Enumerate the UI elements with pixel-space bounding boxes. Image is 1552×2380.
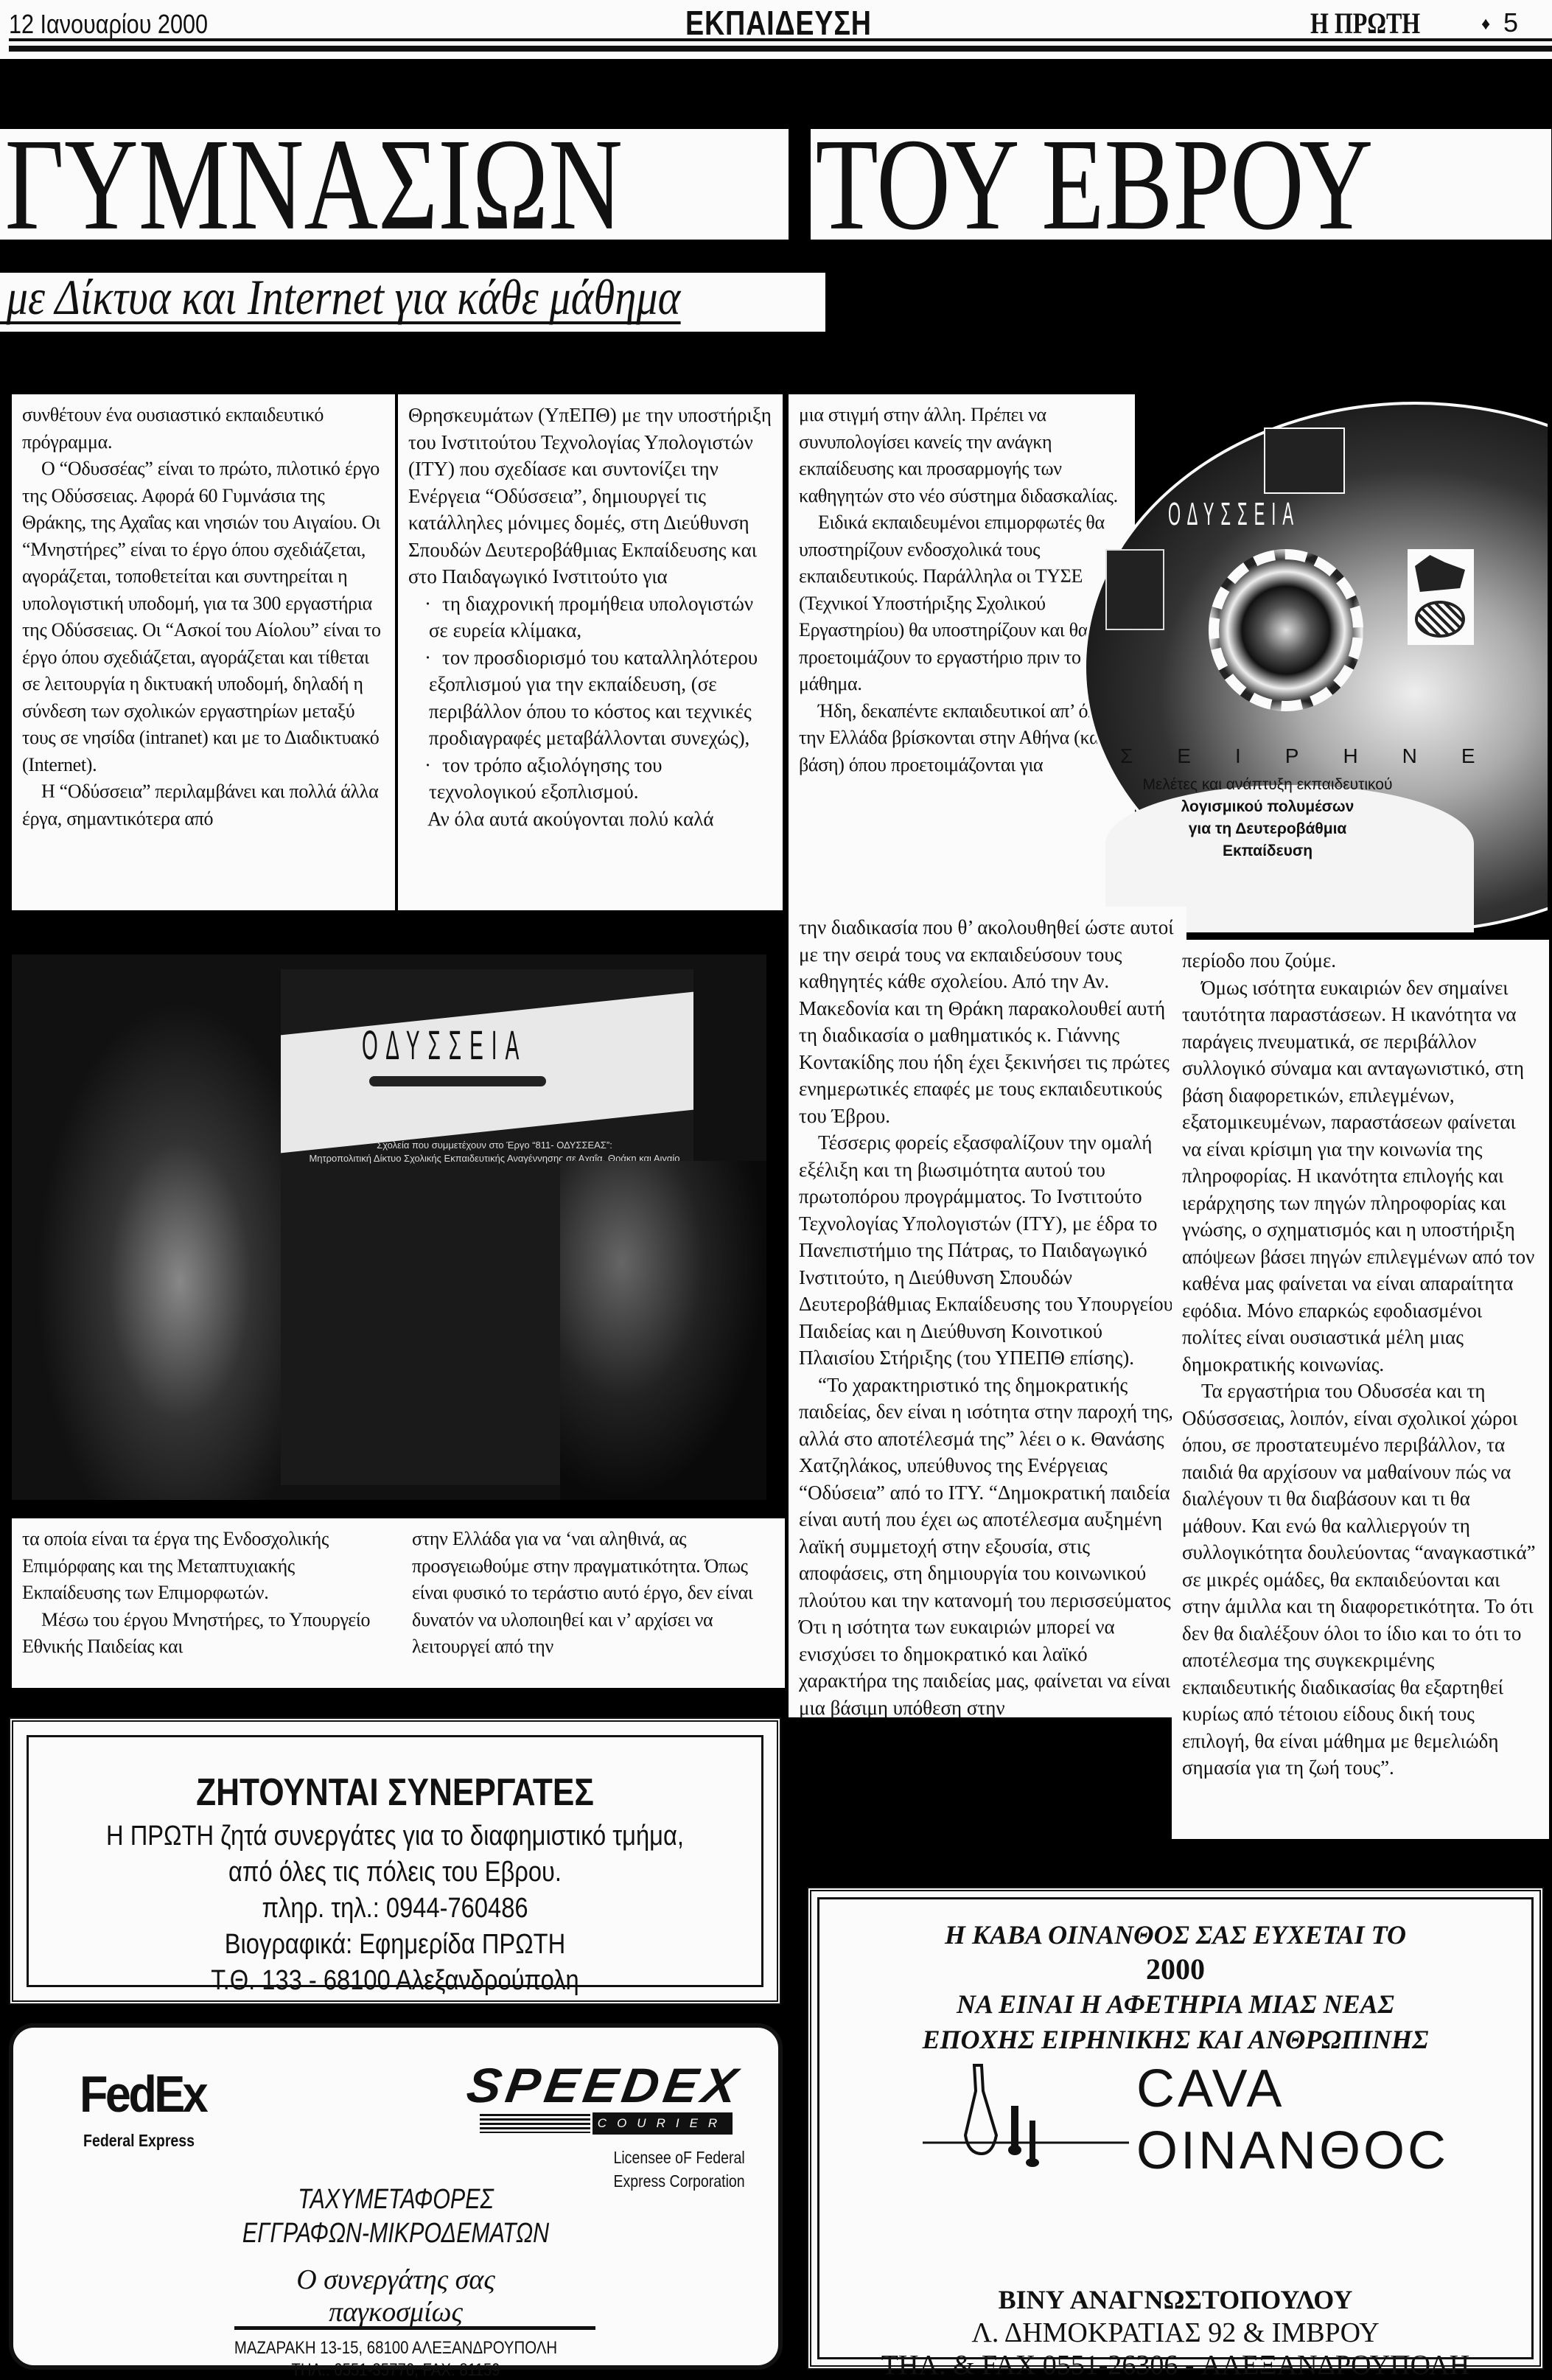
article-column-3-continued: την διαδικασία που θ’ ακολουθηθεί ώστε α…	[789, 907, 1186, 1717]
paragraph: Ο “Οδυσσέας” είναι το πρώτο, πιλοτικό έρ…	[22, 456, 385, 778]
ad-title: ΖΗΤΟΥΝΤΑΙ ΣΥΝΕΡΓΑΤΕΣ	[84, 1767, 707, 1818]
fedex-logo: FedEx	[80, 2065, 206, 2123]
paragraph: περίοδο που ζούμε.	[1182, 947, 1539, 974]
ad-workers-wanted: ΖΗΤΟΥΝΤΑΙ ΣΥΝΕΡΓΑΤΕΣ Η ΠΡΩΤΗ ζητά συνεργ…	[9, 1717, 781, 2005]
article-column-2: Θρησκευμάτων (ΥπΕΠΘ) με την υποστήριξη τ…	[398, 394, 783, 910]
article-column-1-bottom: τα οποία είναι τα έργα της Ενδοσχολικής …	[12, 1518, 402, 1688]
paragraph: Αν όλα αυτά ακούγονται πολύ καλά	[408, 806, 772, 833]
article-column-2-bottom: στην Ελλάδα για να ‘ναι αληθινά, ας προσ…	[402, 1518, 785, 1688]
cd-series: ΣΕΙΡΗΝΕ	[1120, 744, 1520, 768]
emblem-icon	[1415, 601, 1465, 638]
paragraph: τα οποία είναι τα έργα της Ενδοσχολικής …	[22, 1526, 392, 1607]
masthead-rule	[9, 38, 1552, 41]
ad-address: Τ.Θ. 133 - 68100 Αλεξανδρούπολη	[80, 1963, 710, 1999]
cd-title: ΟΔΥΣΣΕΙΑ	[1168, 496, 1300, 533]
bullet-item: τον τρόπο αξιολόγησης του τεχνολογικού ε…	[408, 752, 772, 806]
paragraph: Η “Οδύσσεια” περιλαμβάνει και πολλά άλλα…	[22, 778, 385, 832]
masthead: 12 Ιανουαρίου 2000 ΕΚΠΑΙΔΕΥΣΗ Η ΠΡΩΤΗ ♦ …	[0, 0, 1552, 59]
paragraph: “Το χαρακτηριστικό της δημοκρατικής παιδ…	[799, 1372, 1176, 1722]
article-column-4: περίοδο που ζούμε. Όμως ισότητα ευκαιριώ…	[1172, 940, 1549, 1839]
subheadline: με Δίκτυα και Internet για κάθε μάθημα	[0, 273, 825, 332]
paragraph: συνθέτουν ένα ουσιαστικό εκπαιδευτικό πρ…	[22, 402, 385, 456]
paragraph: στην Ελλάδα για να ‘ναι αληθινά, ας προσ…	[412, 1526, 775, 1661]
newspaper-name: Η ΠΡΩΤΗ	[1310, 6, 1420, 41]
section-title: ΕΚΠΑΙΔΕΥΣΗ	[685, 3, 872, 43]
cd-caption: Μελέτες και ανάπτυξη εκπαιδευτικού λογισ…	[1105, 774, 1430, 862]
article-column-1: συνθέτουν ένα ουσιαστικό εκπαιδευτικό πρ…	[12, 394, 395, 910]
photo-person	[12, 955, 292, 1500]
cava-logo: CAVA ΟΙΝΑΝΘΟC	[1136, 2058, 1449, 2182]
cd-icons	[1408, 549, 1474, 645]
ad-fedex-speedex: FedEx Federal Express SPEEDEX COURIER Li…	[9, 2023, 783, 2370]
news-photo: ΟΔΥΣΣΕΙΑ Σχολεία που συμμετέχουν στο Έργ…	[12, 955, 766, 1500]
cd-image: ΟΔΥΣΣΕΙΑ ΣΕΙΡΗΝΕ Μελέτες και ανάπτυξη εκ…	[1076, 402, 1548, 932]
paragraph: Θρησκευμάτων (ΥπΕΠΘ) με την υποστήριξη τ…	[408, 402, 772, 590]
logo-square	[1264, 428, 1345, 494]
bullet-item: τη διαχρονική προμήθεια υπολογιστών σε ε…	[408, 590, 772, 644]
headline-part-1: ΓΥΜΝΑΣΙΩΝ	[0, 129, 789, 240]
ad-cava-oinanthos: Η ΚΑΒΑ ΟΙΝΑΝΘΟΣ ΣΑΣ ΕΥΧΕΤΑΙ ΤΟ 2000 ΝΑ Ε…	[807, 1887, 1544, 2370]
paragraph: Τα εργαστήρια του Οδυσσέα και τη Οδύσσσε…	[1182, 1378, 1539, 1781]
cd-hub	[1209, 549, 1363, 711]
figure-icon	[1415, 555, 1465, 592]
poster-title: ΟΔΥΣΣΕΙΑ	[362, 1021, 527, 1069]
diamond-icon: ♦	[1481, 15, 1490, 35]
photo-person-2	[560, 1161, 766, 1500]
speedex-logo: SPEEDEX	[464, 2057, 746, 2113]
bullet-item: τον προσδιορισμό του καταλληλότερου εξοπ…	[408, 644, 772, 752]
masthead-rule-thick	[9, 46, 1552, 52]
paragraph: Όμως ισότητα ευκαιριών δεν σημαίνει ταυτ…	[1182, 974, 1539, 1378]
headline-part-2: ΤΟΥ ΕΒΡΟΥ	[811, 129, 1551, 240]
paragraph: Τέσσερις φορείς εξασφαλίζουν την ομαλή ε…	[799, 1129, 1176, 1372]
ad-phone: πληρ. τηλ.: 0944-760486	[80, 1891, 710, 1927]
cd-badge	[1105, 549, 1164, 630]
paragraph: την διαδικασία που θ’ ακολουθηθεί ώστε α…	[799, 914, 1176, 1129]
paragraph: Μέσω του έργου Μνηστήρες, το Υπουργείο Ε…	[22, 1607, 392, 1661]
wine-bottles-icon	[923, 2058, 1129, 2168]
page-number: 5	[1503, 7, 1518, 38]
issue-date: 12 Ιανουαρίου 2000	[9, 9, 208, 40]
